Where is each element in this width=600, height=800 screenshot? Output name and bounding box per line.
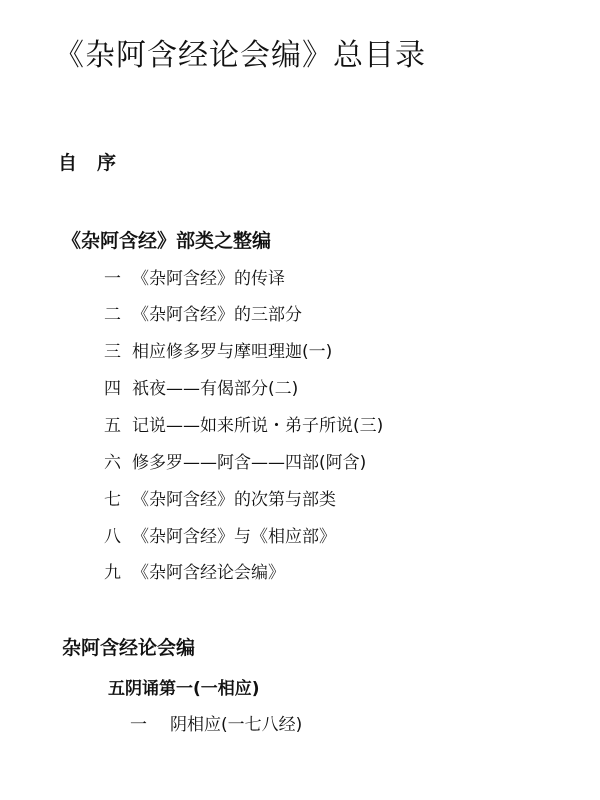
subsection-item-text: 阴相应(一七八经) (170, 715, 302, 735)
section-heading-compilation: 杂阿含经论会编 (62, 633, 195, 660)
toc-item-number: 七 (104, 485, 132, 510)
toc-item-text: 《杂阿含经》的传译 (132, 269, 285, 289)
toc-item-text: 《杂阿含经》的三部分 (132, 305, 302, 325)
toc-item-number: 二 (104, 300, 132, 325)
document-title: 《杂阿含经论会编》总目录 (54, 30, 426, 74)
toc-item-number: 八 (104, 522, 132, 547)
toc-item: 九《杂阿含经论会编》 (104, 558, 285, 583)
preface-heading: 自序 (58, 148, 116, 175)
toc-item: 一《杂阿含经》的传译 (104, 264, 285, 289)
toc-item-text: 相应修多罗与摩呾理迦(一) (132, 342, 332, 362)
toc-item-number: 六 (104, 448, 132, 473)
toc-item-number: 四 (104, 374, 132, 399)
toc-item-text: 《杂阿含经》的次第与部类 (132, 490, 336, 510)
toc-item-text: 《杂阿含经》与《相应部》 (132, 527, 336, 547)
toc-item-text: 修多罗——阿含——四部(阿含) (132, 453, 366, 473)
section-heading-reorganization: 《杂阿含经》部类之整编 (62, 226, 271, 253)
toc-item-text: 《杂阿含经论会编》 (132, 563, 285, 583)
preface-char-2: 序 (97, 152, 116, 174)
toc-item-number: 三 (104, 337, 132, 362)
subsection-item: 一阴相应(一七八经) (130, 710, 302, 735)
toc-item-number: 九 (104, 558, 132, 583)
toc-item: 五记说——如来所说・弟子所说(三) (104, 411, 383, 436)
toc-item: 七《杂阿含经》的次第与部类 (104, 485, 336, 510)
toc-item-text: 记说——如来所说・弟子所说(三) (132, 416, 383, 436)
toc-item: 三相应修多罗与摩呾理迦(一) (104, 337, 332, 362)
toc-item-number: 五 (104, 411, 132, 436)
toc-item-number: 一 (104, 264, 132, 289)
toc-item-text: 祇夜——有偈部分(二) (132, 379, 298, 399)
toc-item: 四祇夜——有偈部分(二) (104, 374, 298, 399)
toc-item: 二《杂阿含经》的三部分 (104, 300, 302, 325)
toc-item: 六修多罗——阿含——四部(阿含) (104, 448, 366, 473)
preface-char-1: 自 (58, 152, 77, 174)
toc-item: 八《杂阿含经》与《相应部》 (104, 522, 336, 547)
subsection-heading: 五阴诵第一(一相应) (108, 674, 260, 699)
subsection-item-number: 一 (130, 710, 170, 735)
